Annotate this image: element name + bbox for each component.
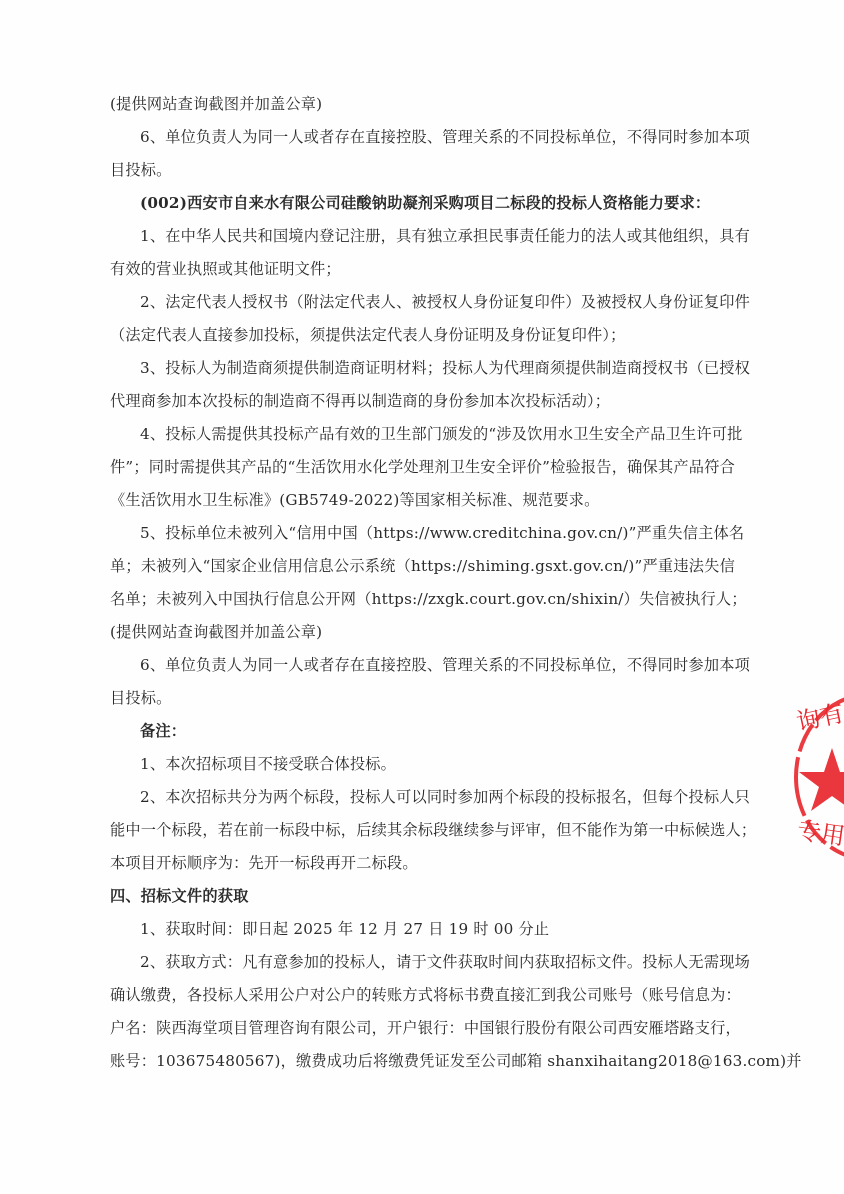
text-line: 2、获取方式：凡有意参加的投标人，请于文件获取时间内获取招标文件。投标人无需现场 [110, 946, 735, 979]
text-line: 1、在中华人民共和国境内登记注册，具有独立承担民事责任能力的法人或其他组织，具有 [110, 220, 735, 253]
text-line: (提供网站查询截图并加盖公章) [110, 88, 735, 121]
text-line: 3、投标人为制造商须提供制造商证明材料；投标人为代理商须提供制造商授权书（已授权 [110, 352, 735, 385]
text-line: 账号：103675480567)，缴费成功后将缴费凭证发至公司邮箱 shanxi… [110, 1045, 735, 1078]
document-body: (提供网站查询截图并加盖公章) 6、单位负责人为同一人或者存在直接控股、管理关系… [110, 88, 735, 1078]
text-line: 能中一个标段，若在前一标段中标，后续其余标段继续参与评审，但不能作为第一中标候选… [110, 814, 735, 847]
text-line: (提供网站查询截图并加盖公章) [110, 616, 735, 649]
star-icon [799, 748, 844, 811]
text-line: 目投标。 [110, 154, 735, 187]
text-line: 户名：陕西海堂项目管理咨询有限公司，开户银行：中国银行股份有限公司西安雁塔路支行… [110, 1012, 735, 1045]
text-line: 代理商参加本次投标的制造商不得再以制造商的身份参加本次投标活动）； [110, 385, 735, 418]
text-line: 2、本次招标共分为两个标段，投标人可以同时参加两个标段的投标报名，但每个投标人只 [110, 781, 735, 814]
text-line: （法定代表人直接参加投标，须提供法定代表人身份证明及身份证复印件）； [110, 319, 735, 352]
text-line: 4、投标人需提供其投标产品有效的卫生部门颁发的“涉及饮用水卫生安全产品卫生许可批 [110, 418, 735, 451]
section-heading: 四、招标文件的获取 [110, 880, 735, 913]
text-line: 有效的营业执照或其他证明文件； [110, 253, 735, 286]
text-line: 单；未被列入“国家企业信用信息公示系统（https://shiming.gsxt… [110, 550, 735, 583]
stamp-bottom-text: 专用 [795, 816, 844, 850]
document-page: (提供网站查询截图并加盖公章) 6、单位负责人为同一人或者存在直接控股、管理关系… [0, 0, 844, 1194]
text-line: 名单；未被列入中国执行信息公开网（https://zxgk.court.gov.… [110, 583, 735, 616]
text-line: 6、单位负责人为同一人或者存在直接控股、管理关系的不同投标单位，不得同时参加本项 [110, 649, 735, 682]
text-line: 2、法定代表人授权书（附法定代表人、被授权人身份证复印件）及被授权人身份证复印件 [110, 286, 735, 319]
company-seal-stamp: 询有 专用 [790, 690, 844, 865]
text-line: 1、本次招标项目不接受联合体投标。 [110, 748, 735, 781]
text-line: 本项目开标顺序为：先开一标段再开二标段。 [110, 847, 735, 880]
section-heading: (002)西安市自来水有限公司硅酸钠助凝剂采购项目二标段的投标人资格能力要求： [110, 187, 735, 220]
text-line: 5、投标单位未被列入“信用中国（https://www.creditchina.… [110, 517, 735, 550]
stamp-top-text: 询有 [794, 699, 844, 736]
text-line: 1、获取时间：即日起 2025 年 12 月 27 日 19 时 00 分止 [110, 913, 735, 946]
text-line: 确认缴费，各投标人采用公户对公户的转账方式将标书费直接汇到我公司账号（账号信息为… [110, 979, 735, 1012]
text-line: 《生活饮用水卫生标准》(GB5749-2022)等国家相关标准、规范要求。 [110, 484, 735, 517]
text-line: 6、单位负责人为同一人或者存在直接控股、管理关系的不同投标单位，不得同时参加本项 [110, 121, 735, 154]
text-line: 目投标。 [110, 682, 735, 715]
remarks-heading: 备注： [110, 715, 735, 748]
text-line: 件”；同时需提供其产品的“生活饮用水化学处理剂卫生安全评价”检验报告，确保其产品… [110, 451, 735, 484]
